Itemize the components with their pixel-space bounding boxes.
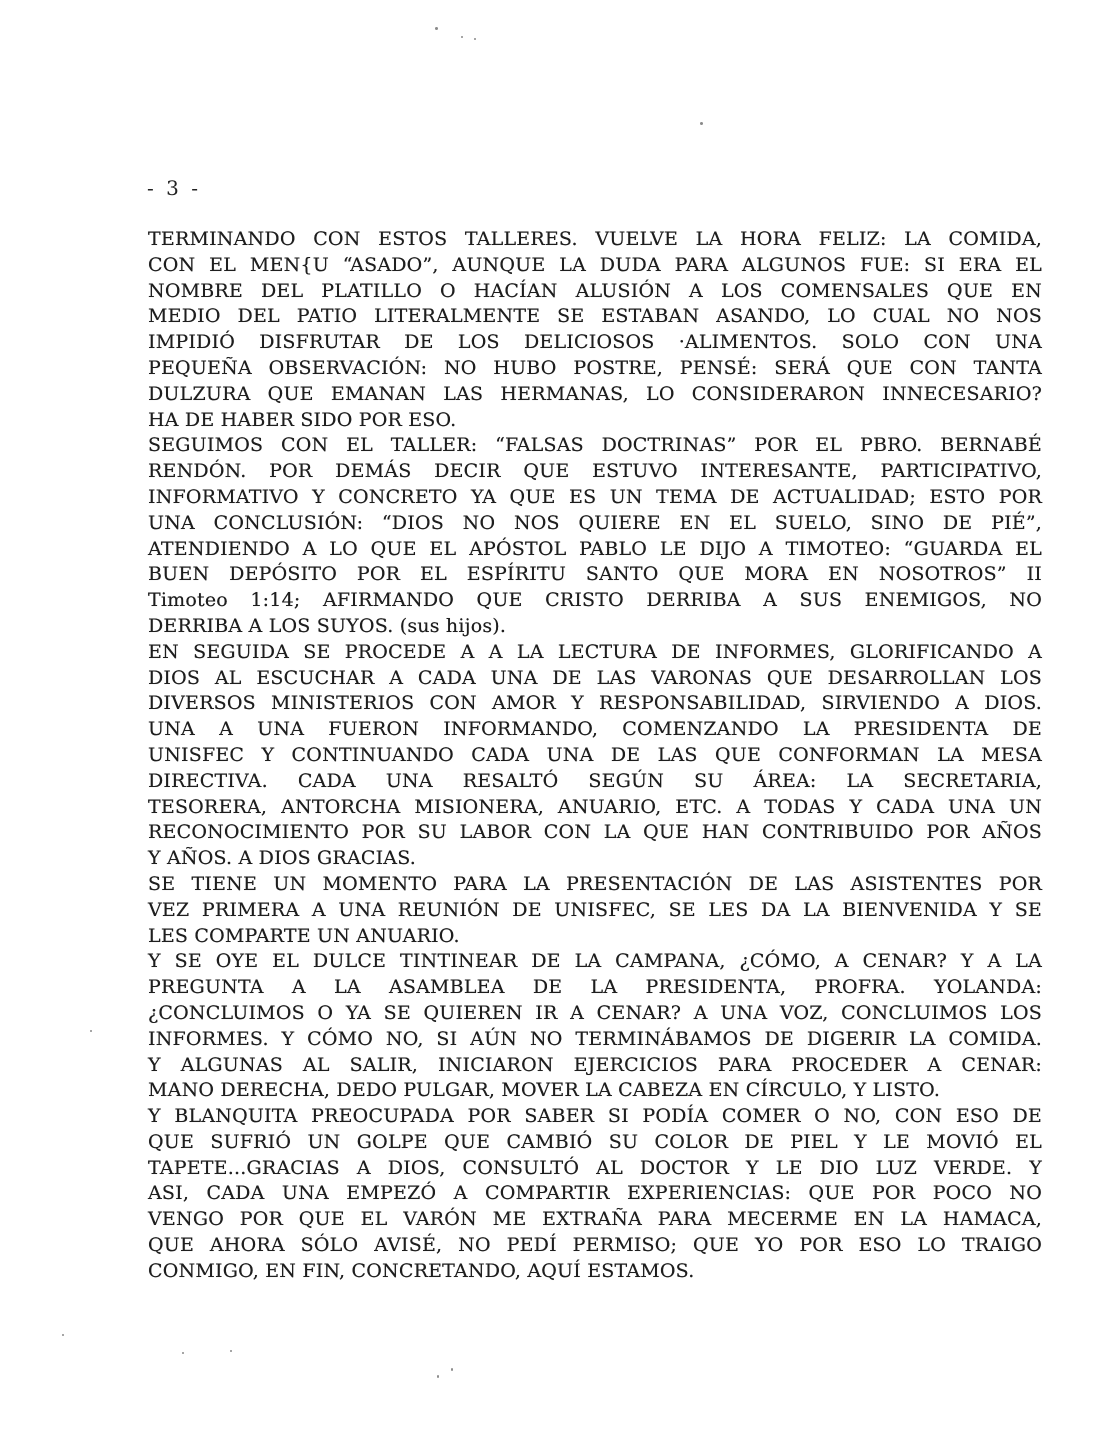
text-line: DERRIBA A LOS SUYOS. (sus hijos). bbox=[148, 614, 1042, 640]
text-line: DULZURA QUE EMANAN LAS HERMANAS, LO CONS… bbox=[148, 382, 1042, 408]
text-line: EN SEGUIDA SE PROCEDE A A LA LECTURA DE … bbox=[148, 640, 1042, 666]
text-line: CONMIGO, EN FIN, CONCRETANDO, AQUÍ ESTAM… bbox=[148, 1259, 1042, 1285]
text-line: QUE AHORA SÓLO AVISÉ, NO PEDÍ PERMISO; Q… bbox=[148, 1233, 1042, 1259]
text-line: ATENDIENDO A LO QUE EL APÓSTOL PABLO LE … bbox=[148, 537, 1042, 563]
scan-speck bbox=[435, 27, 438, 30]
text-line: MEDIO DEL PATIO LITERALMENTE SE ESTABAN … bbox=[148, 304, 1042, 330]
text-line: Timoteo 1:14; AFIRMANDO QUE CRISTO DERRI… bbox=[148, 588, 1042, 614]
text-line: CON EL MEN{U “ASADO”, AUNQUE LA DUDA PAR… bbox=[148, 253, 1042, 279]
text-line: DIVERSOS MINISTERIOS CON AMOR Y RESPONSA… bbox=[148, 691, 1042, 717]
scan-speck bbox=[461, 36, 463, 38]
text-line: RENDÓN. POR DEMÁS DECIR QUE ESTUVO INTER… bbox=[148, 459, 1042, 485]
text-line: DIRECTIVA. CADA UNA RESALTÓ SEGÚN SU ÁRE… bbox=[148, 769, 1042, 795]
scan-speck bbox=[700, 122, 703, 125]
text-line: TERMINANDO CON ESTOS TALLERES. VUELVE LA… bbox=[148, 227, 1042, 253]
text-line: UNA CONCLUSIÓN: “DIOS NO NOS QUIERE EN E… bbox=[148, 511, 1042, 537]
text-line: MANO DERECHA, DEDO PULGAR, MOVER LA CABE… bbox=[148, 1078, 1042, 1104]
text-line: LES COMPARTE UN ANUARIO. bbox=[148, 924, 1042, 950]
scan-speck bbox=[90, 1030, 92, 1032]
text-line: VEZ PRIMERA A UNA REUNIÓN DE UNISFEC, SE… bbox=[148, 898, 1042, 924]
text-line: INFORMATIVO Y CONCRETO YA QUE ES UN TEMA… bbox=[148, 485, 1042, 511]
text-line: Y AÑOS. A DIOS GRACIAS. bbox=[148, 846, 1042, 872]
text-line: PREGUNTA A LA ASAMBLEA DE LA PRESIDENTA,… bbox=[148, 975, 1042, 1001]
document-body: TERMINANDO CON ESTOS TALLERES. VUELVE LA… bbox=[148, 227, 1042, 1285]
text-line: ¿CONCLUIMOS O YA SE QUIEREN IR A CENAR? … bbox=[148, 1001, 1042, 1027]
text-line: HA DE HABER SIDO POR ESO. bbox=[148, 408, 1042, 434]
text-line: PEQUEÑA OBSERVACIÓN: NO HUBO POSTRE, PEN… bbox=[148, 356, 1042, 382]
text-line: Y ALGUNAS AL SALIR, INICIARON EJERCICIOS… bbox=[148, 1053, 1042, 1079]
document-page: - 3 - TERMINANDO CON ESTOS TALLERES. VUE… bbox=[0, 0, 1108, 1433]
text-line: SEGUIMOS CON EL TALLER: “FALSAS DOCTRINA… bbox=[148, 433, 1042, 459]
text-line: TAPETE...GRACIAS A DIOS, CONSULTÓ AL DOC… bbox=[148, 1156, 1042, 1182]
text-line: UNA A UNA FUERON INFORMANDO, COMENZANDO … bbox=[148, 717, 1042, 743]
page-number: - 3 - bbox=[147, 176, 201, 200]
scan-speck bbox=[230, 1350, 232, 1352]
text-line: IMPIDIÓ DISFRUTAR DE LOS DELICIOSOS ·ALI… bbox=[148, 330, 1042, 356]
text-line: ASI, CADA UNA EMPEZÓ A COMPARTIR EXPERIE… bbox=[148, 1181, 1042, 1207]
text-line: QUE SUFRIÓ UN GOLPE QUE CAMBIÓ SU COLOR … bbox=[148, 1130, 1042, 1156]
scan-speck bbox=[62, 1334, 64, 1336]
scan-speck bbox=[451, 1368, 453, 1371]
scan-speck bbox=[437, 1375, 439, 1378]
text-line: VENGO POR QUE EL VARÓN ME EXTRAÑA PARA M… bbox=[148, 1207, 1042, 1233]
text-line: TESORERA, ANTORCHA MISIONERA, ANUARIO, E… bbox=[148, 795, 1042, 821]
text-line: BUEN DEPÓSITO POR EL ESPÍRITU SANTO QUE … bbox=[148, 562, 1042, 588]
text-line: DIOS AL ESCUCHAR A CADA UNA DE LAS VARON… bbox=[148, 666, 1042, 692]
text-line: Y SE OYE EL DULCE TINTINEAR DE LA CAMPAN… bbox=[148, 949, 1042, 975]
text-line: INFORMES. Y CÓMO NO, SI AÚN NO TERMINÁBA… bbox=[148, 1027, 1042, 1053]
text-line: Y BLANQUITA PREOCUPADA POR SABER SI PODÍ… bbox=[148, 1104, 1042, 1130]
text-line: SE TIENE UN MOMENTO PARA LA PRESENTACIÓN… bbox=[148, 872, 1042, 898]
text-line: UNISFEC Y CONTINUANDO CADA UNA DE LAS QU… bbox=[148, 743, 1042, 769]
scan-speck bbox=[474, 38, 476, 40]
text-line: NOMBRE DEL PLATILLO O HACÍAN ALUSIÓN A L… bbox=[148, 279, 1042, 305]
scan-speck bbox=[182, 1352, 184, 1354]
text-line: RECONOCIMIENTO POR SU LABOR CON LA QUE H… bbox=[148, 820, 1042, 846]
